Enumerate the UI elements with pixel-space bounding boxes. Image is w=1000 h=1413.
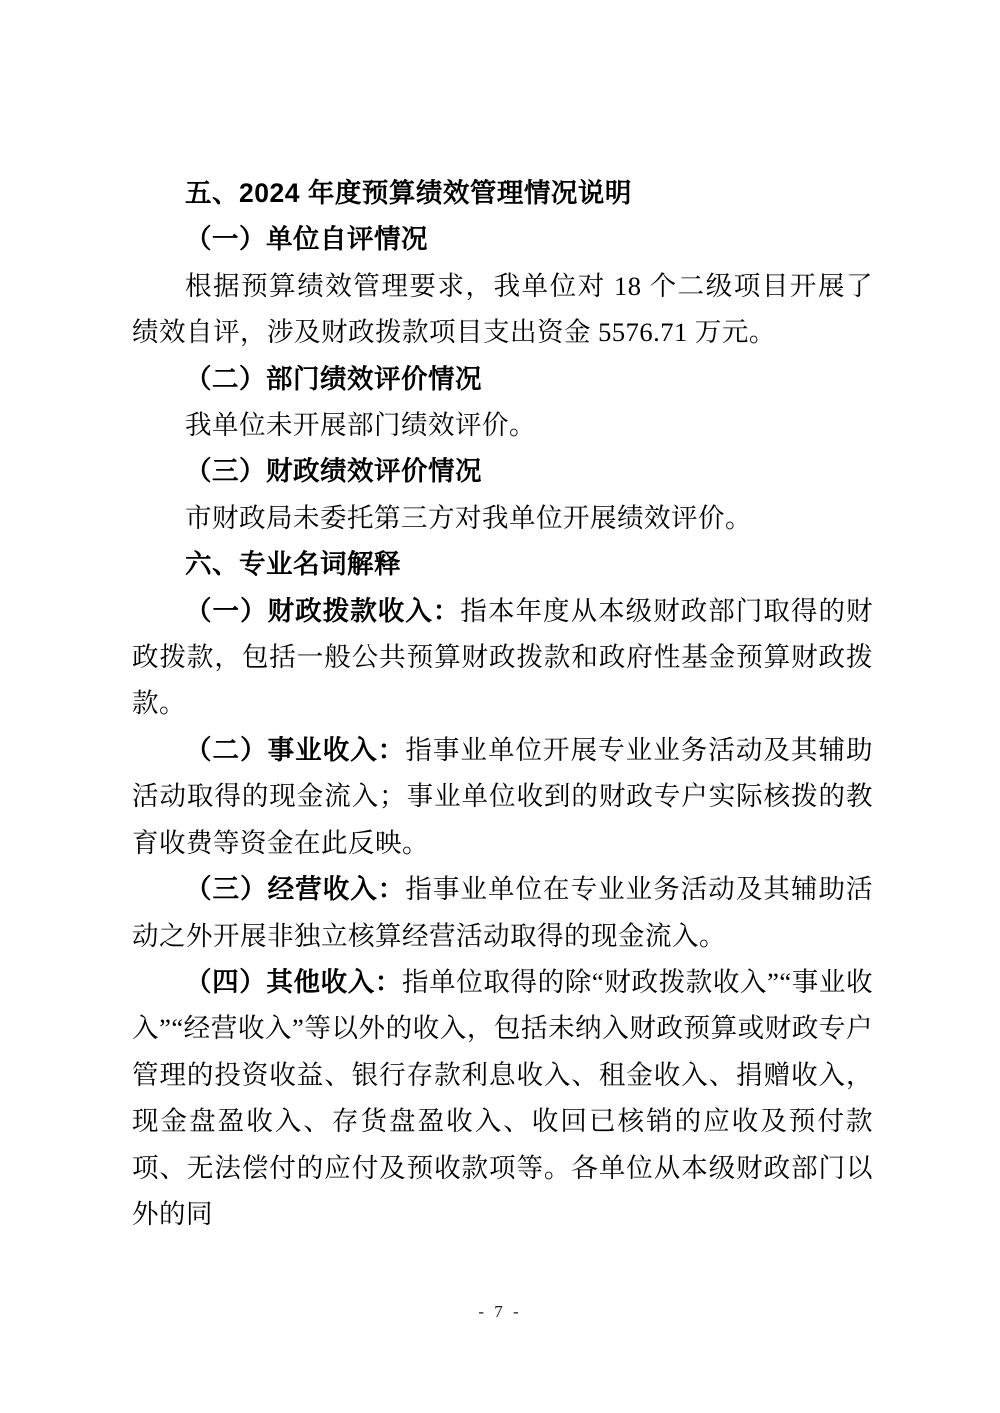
term-label-operating-income: （三）经营收入： bbox=[185, 874, 405, 904]
document-body: 五、2024 年度预算绩效管理情况说明 （一）单位自评情况 根据预算绩效管理要求… bbox=[132, 170, 873, 1237]
section-heading-5-performance-management: 五、2024 年度预算绩效管理情况说明 bbox=[132, 170, 873, 216]
term-label-fiscal-appropriation-income: （一）财政拨款收入： bbox=[185, 596, 460, 626]
subsection-heading-unit-self-evaluation: （一）单位自评情况 bbox=[132, 216, 873, 262]
document-page: 五、2024 年度预算绩效管理情况说明 （一）单位自评情况 根据预算绩效管理要求… bbox=[0, 0, 1000, 1413]
term-definition-other-income: 指单位取得的除“财政拨款收入”“事业收入”“经营收入”等以外的收入，包括未纳入财… bbox=[132, 967, 873, 1229]
paragraph-unit-self-evaluation: 根据预算绩效管理要求，我单位对 18 个二级项目开展了绩效自评，涉及财政拨款项目… bbox=[132, 263, 873, 356]
paragraph-term-business-income: （二）事业收入：指事业单位开展专业业务活动及其辅助活动取得的现金流入；事业单位收… bbox=[132, 727, 873, 866]
paragraph-finance-evaluation: 市财政局未委托第三方对我单位开展绩效评价。 bbox=[132, 495, 873, 541]
subsection-heading-finance-evaluation: （三）财政绩效评价情况 bbox=[132, 448, 873, 494]
page-number: - 7 - bbox=[0, 1302, 1000, 1322]
subsection-heading-department-evaluation: （二）部门绩效评价情况 bbox=[132, 356, 873, 402]
term-label-business-income: （二）事业收入： bbox=[185, 735, 405, 765]
paragraph-term-operating-income: （三）经营收入：指事业单位在专业业务活动及其辅助活动之外开展非独立核算经营活动取… bbox=[132, 866, 873, 959]
term-label-other-income: （四）其他收入： bbox=[185, 967, 402, 997]
section-heading-6-terminology: 六、专业名词解释 bbox=[132, 541, 873, 587]
paragraph-term-other-income: （四）其他收入：指单位取得的除“财政拨款收入”“事业收入”“经营收入”等以外的收… bbox=[132, 959, 873, 1237]
paragraph-department-evaluation: 我单位未开展部门绩效评价。 bbox=[132, 402, 873, 448]
paragraph-term-fiscal-appropriation-income: （一）财政拨款收入：指本年度从本级财政部门取得的财政拨款，包括一般公共预算财政拨… bbox=[132, 588, 873, 727]
